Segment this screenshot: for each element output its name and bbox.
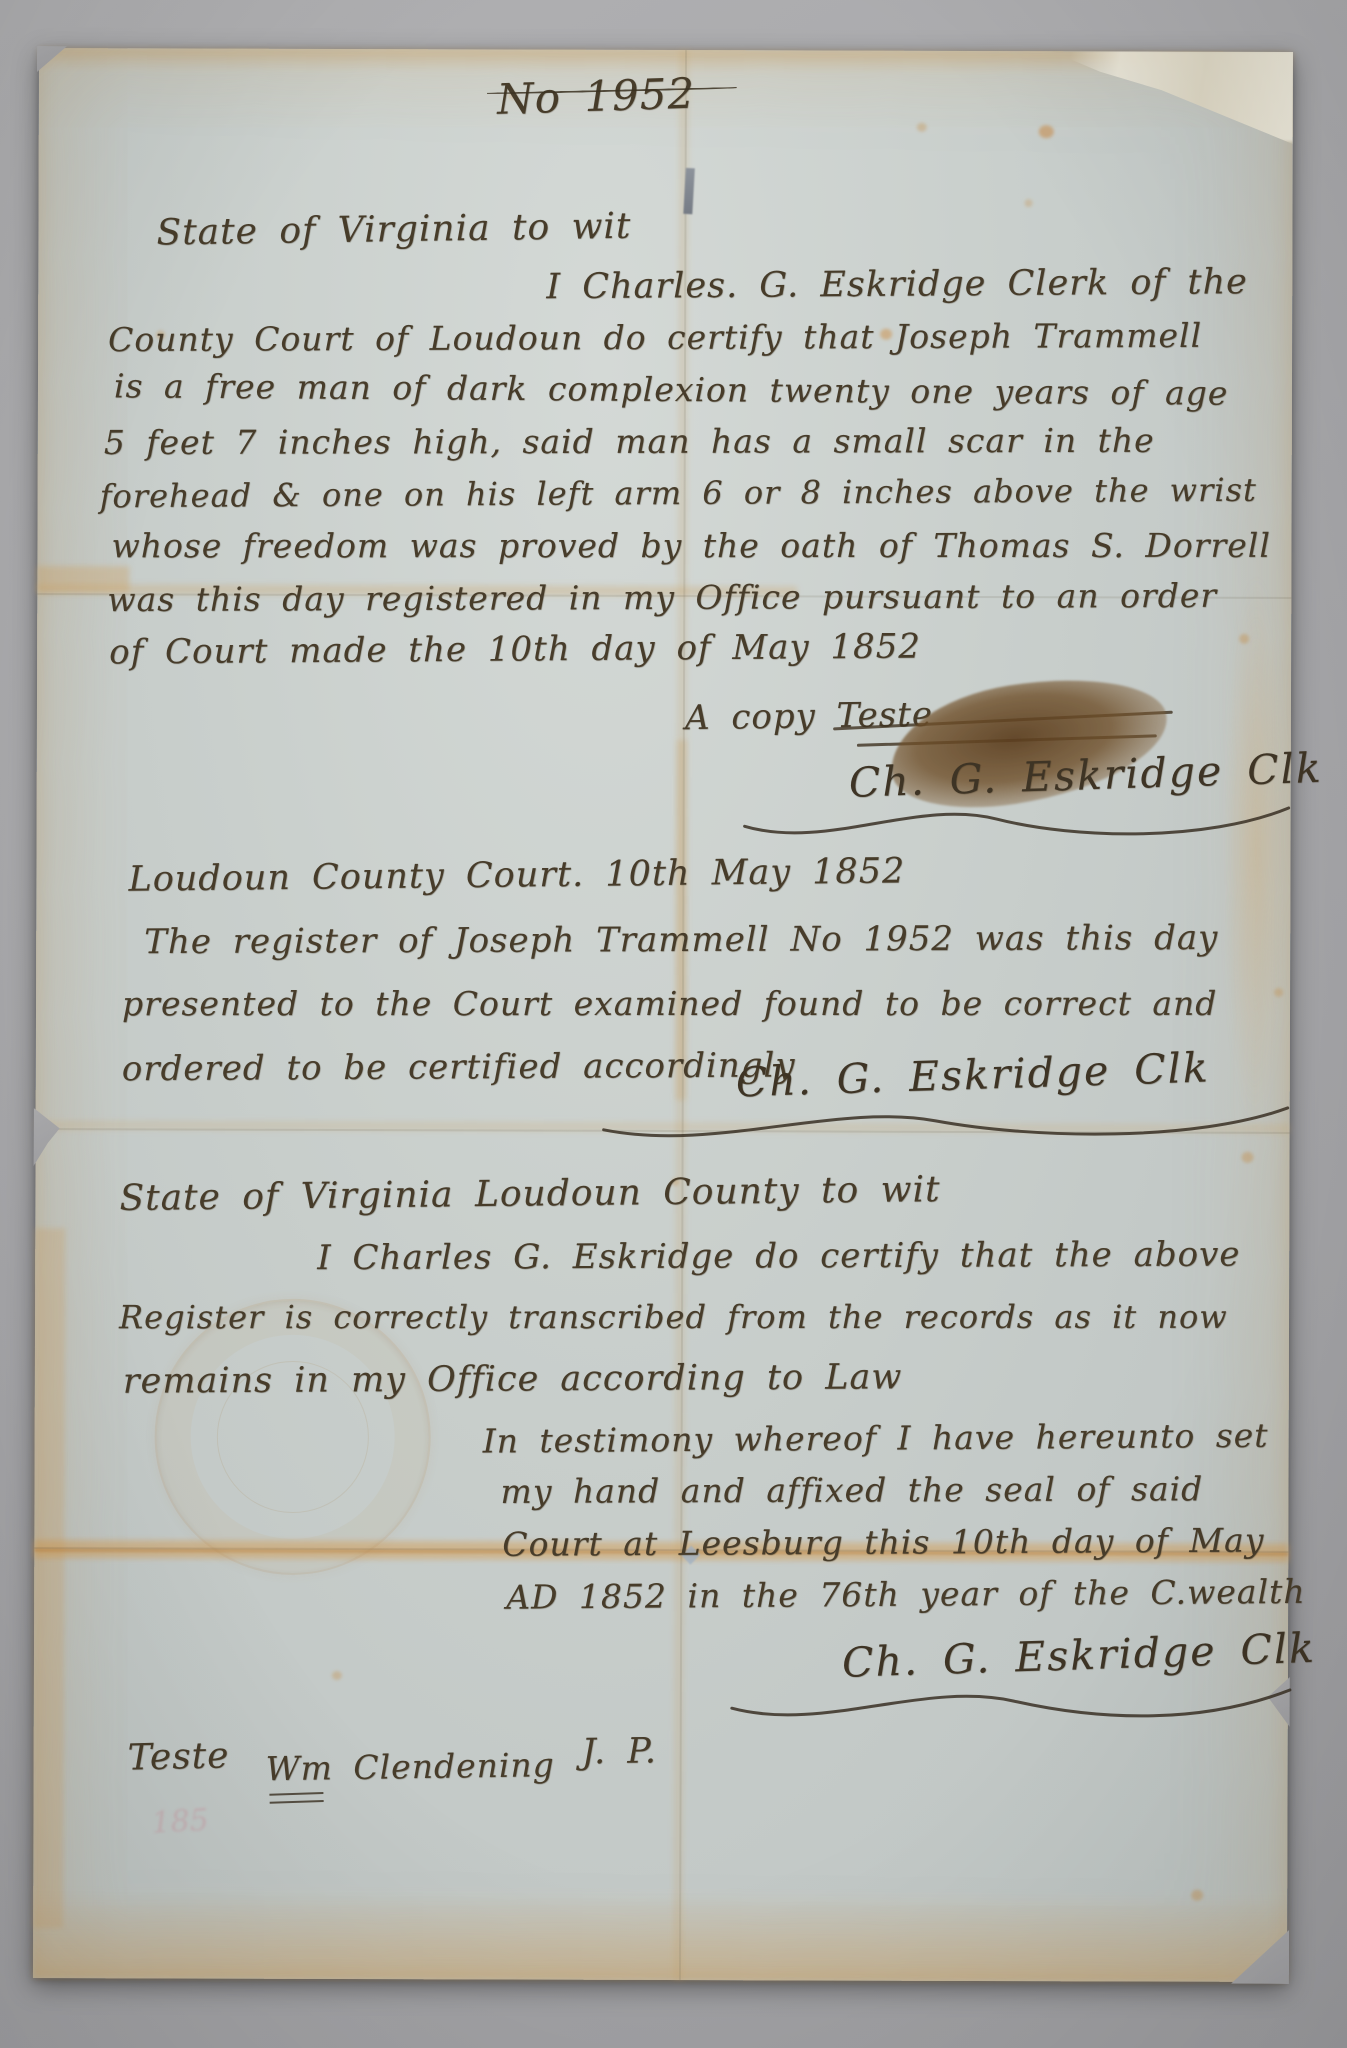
top-left-corner-chip bbox=[37, 46, 67, 72]
justice-title: J. P. bbox=[581, 1731, 657, 1772]
manuscript-line: Loudoun County Court. 10th May 1852 bbox=[128, 851, 905, 899]
signature-flourish bbox=[724, 1674, 1299, 1732]
copy-attestation-line: A copy Teste bbox=[685, 695, 934, 739]
foxing-spot bbox=[1191, 1890, 1203, 1901]
bottom-edge-stain bbox=[33, 1888, 1287, 1982]
foxing-spot bbox=[1274, 988, 1283, 997]
foxing-spot bbox=[332, 1671, 342, 1680]
manuscript-line: AD 1852 in the 76th year of the C.wealth bbox=[506, 1572, 1306, 1617]
manuscript-line: I Charles G. Eskridge do certify that th… bbox=[317, 1235, 1240, 1279]
foxing-spot bbox=[1242, 1152, 1254, 1163]
manuscript-line: State of Virginia to wit bbox=[156, 206, 631, 254]
manuscript-line: was this day registered in my Office pur… bbox=[107, 576, 1217, 619]
justice-name: Wm Clendening bbox=[265, 1745, 555, 1788]
horizontal-fold-stain-2 bbox=[36, 1120, 1290, 1134]
clerk-signature: Ch. G. Eskridge Clk bbox=[735, 1043, 1210, 1106]
manuscript-line: I Charles. G. Eskridge Clerk of the bbox=[546, 262, 1248, 307]
torn-folded-corner-top-right bbox=[948, 51, 1293, 144]
manuscript-line: of Court made the 10th day of May 1852 bbox=[109, 627, 921, 673]
right-edge-stain bbox=[1222, 572, 1290, 1132]
manuscript-line: presented to the Court examined found to… bbox=[122, 984, 1217, 1023]
left-edge-tear bbox=[34, 1108, 60, 1166]
embossed-court-seal bbox=[154, 1298, 431, 1575]
manuscript-line: State of Virginia Loudoun County to wit bbox=[119, 1169, 940, 1219]
manuscript-line: Register is correctly transcribed from t… bbox=[119, 1298, 1228, 1336]
manuscript-line: County Court of Loudoun do certify that … bbox=[108, 316, 1202, 359]
manuscript-line: my hand and affixed the seal of said bbox=[500, 1469, 1203, 1511]
pin-mark-top bbox=[683, 168, 695, 214]
left-edge-stain bbox=[33, 1228, 65, 1928]
foxing-spot bbox=[917, 123, 927, 132]
faint-red-stamp: 185 bbox=[150, 1803, 209, 1842]
manuscript-line: Court at Leesburg this 10th day of May bbox=[502, 1521, 1264, 1564]
manuscript-line: is a free man of dark complexion twenty … bbox=[114, 366, 1229, 412]
manuscript-line: In testimony whereof I have hereunto set bbox=[483, 1416, 1269, 1461]
teste-label: Teste bbox=[127, 1735, 230, 1778]
foxing-spot bbox=[1239, 634, 1249, 644]
document-number: No 1952 bbox=[496, 69, 696, 124]
manuscript-line: 5 feet 7 inches high, said man has a sma… bbox=[104, 421, 1155, 462]
bottom-right-corner-chip bbox=[1231, 1930, 1289, 1984]
foxing-spot bbox=[1039, 125, 1054, 138]
manuscript-line: The register of Joseph Trammell No 1952 … bbox=[144, 918, 1218, 962]
manuscript-line: remains in my Office according to Law bbox=[123, 1357, 903, 1401]
right-edge-chip bbox=[1268, 1677, 1290, 1727]
photograph-of-document: { "document": { "number": "No 1952", "se… bbox=[0, 0, 1347, 2048]
name-double-underline bbox=[269, 1792, 323, 1804]
manuscript-line: ordered to be certified accordingly bbox=[122, 1045, 796, 1089]
manuscript-line: forehead & one on his left arm 6 or 8 in… bbox=[100, 471, 1257, 515]
foxing-spot bbox=[1025, 199, 1033, 207]
signature-flourish bbox=[596, 1094, 1296, 1152]
clerk-signature: Ch. G. Eskridge Clk bbox=[841, 1624, 1316, 1687]
manuscript-line: whose freedom was proved by the oath of … bbox=[111, 526, 1270, 565]
crease-line-2 bbox=[36, 1128, 1290, 1134]
aged-document-paper: No 1952 State of Virginia to wit I Charl… bbox=[33, 48, 1293, 1982]
